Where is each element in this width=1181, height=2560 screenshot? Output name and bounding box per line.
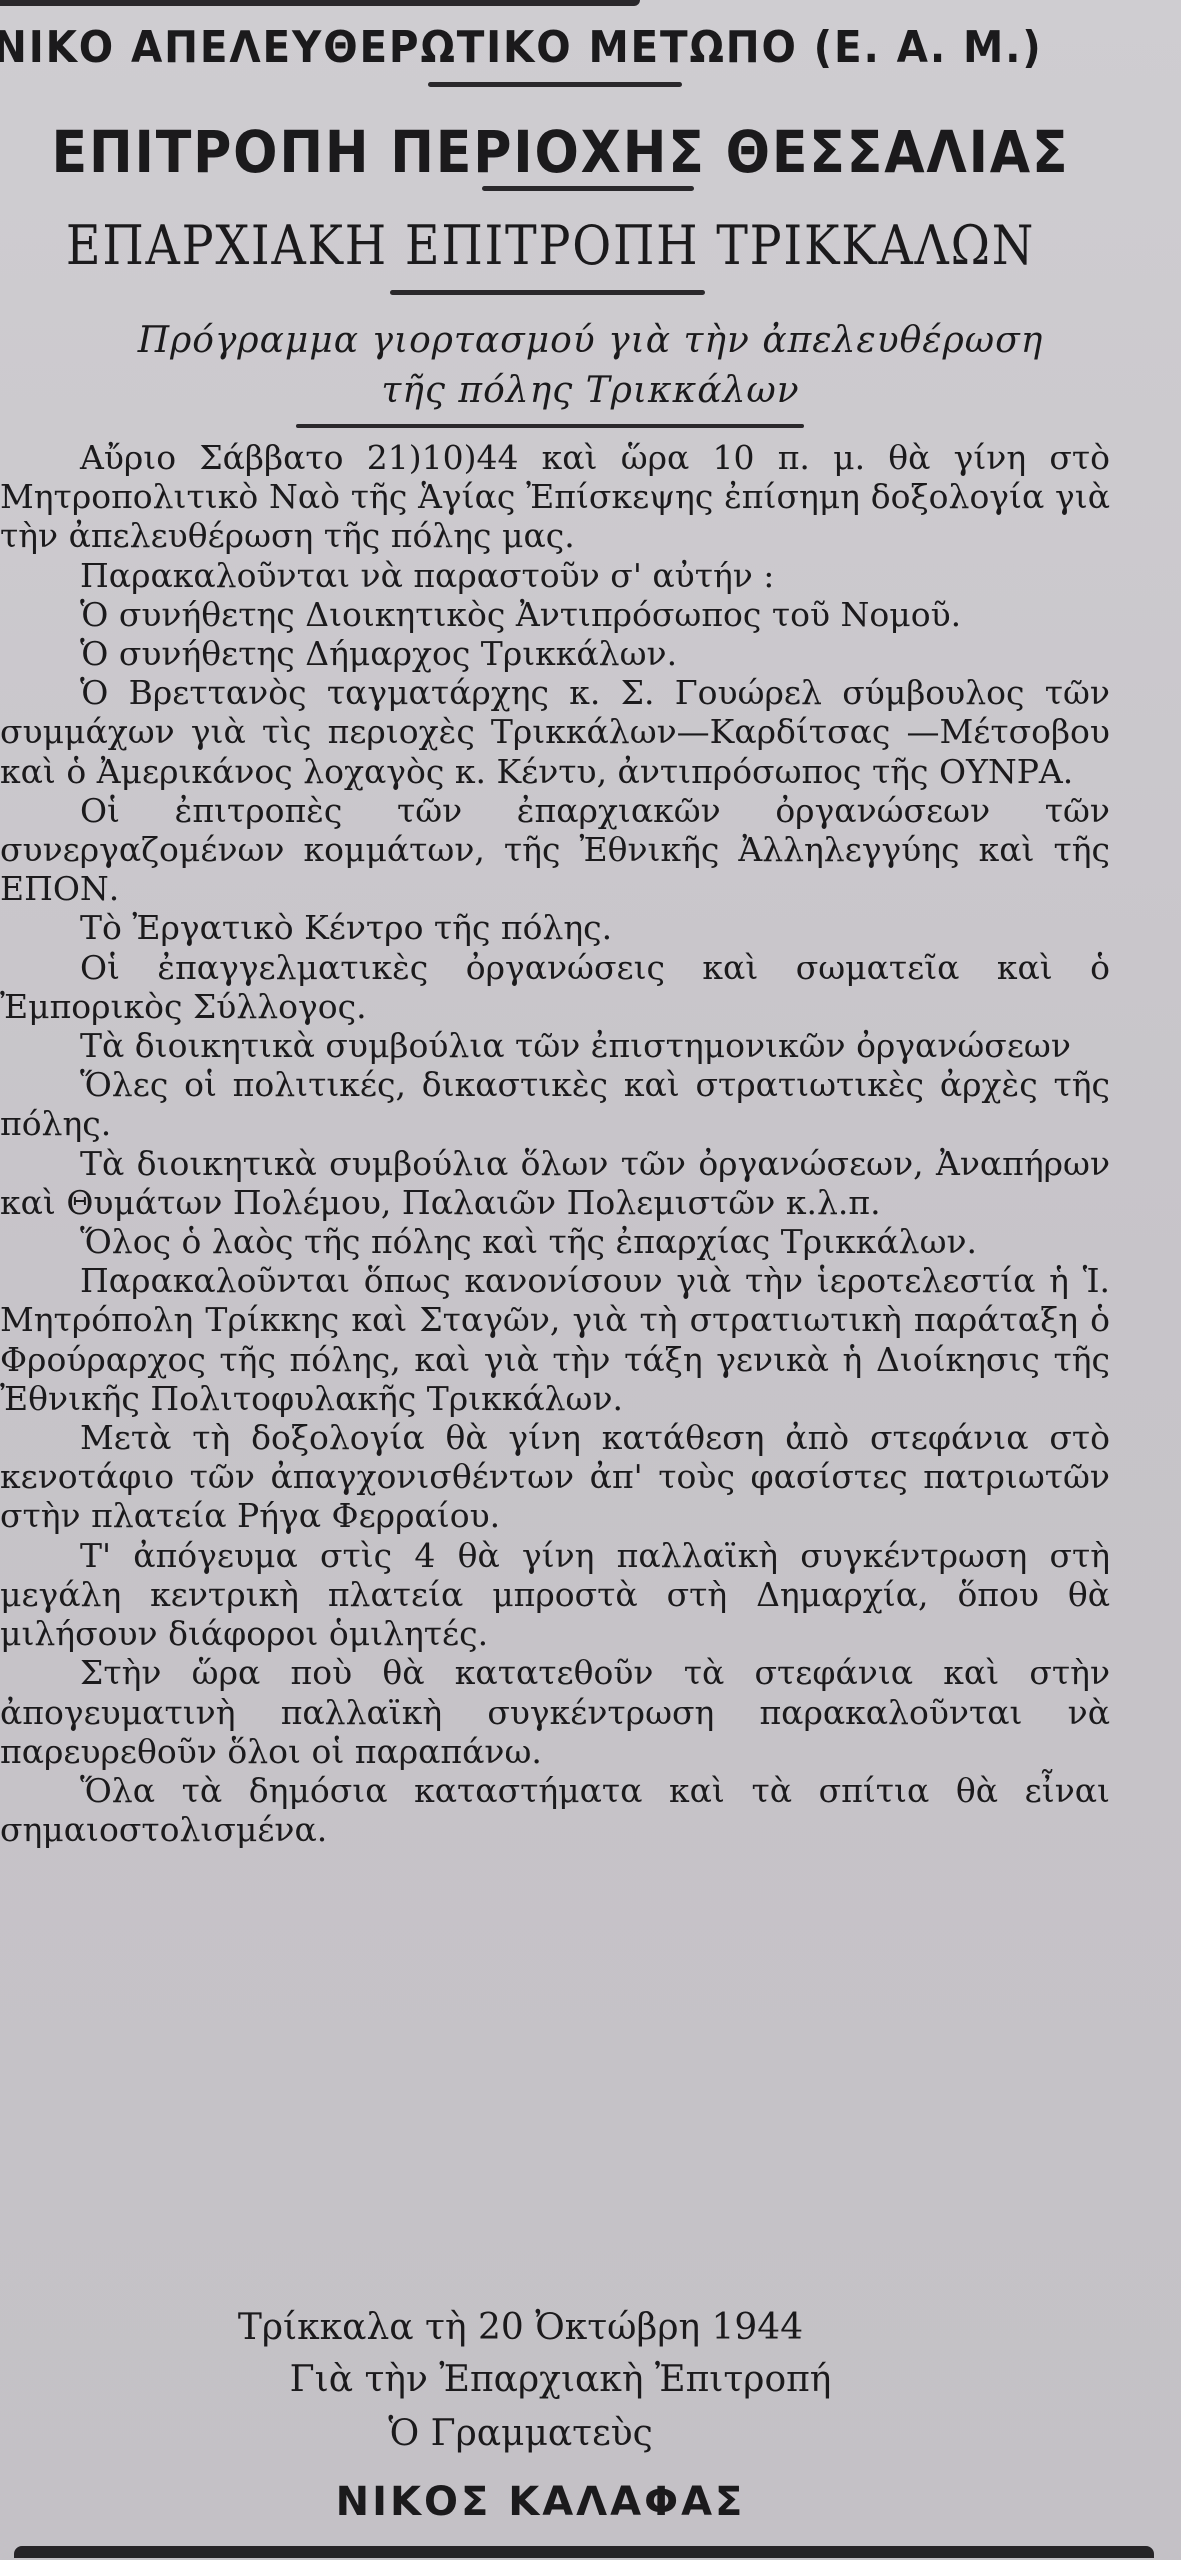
paragraph: Οἱ ἐπιτροπὲς τῶν ἐπαρχιακῶν ὀργανώσεων τ…	[0, 791, 1110, 909]
divider-rule	[482, 186, 694, 191]
paragraph: Ὅλος ὁ λαὸς τῆς πόλης καὶ τῆς ἐπαρχίας Τ…	[0, 1222, 1110, 1261]
paragraph: Ὁ Βρεττανὸς ταγματάρχης κ. Σ. Γουώρελ σύ…	[0, 673, 1110, 791]
signature-name: ΝΙΚΟΣ ΚΑΛΑΦΑΣ	[0, 2474, 1131, 2530]
paragraph: Ὅλα τὰ δημόσια καταστήματα καὶ τὰ σπίτια…	[0, 1771, 1110, 1849]
paragraph: Τὰ διοικητικὰ συμβούλια ὅλων τῶν ὀργανώσ…	[0, 1144, 1110, 1222]
organization-heading: ΕΘΝΙΚΟ ΑΠΕΛΕΥΘΕΡΩΤΙΚΟ ΜΕΤΩΠΟ (Ε. Α. Μ.)	[0, 22, 1014, 73]
paragraph: Τ' ἀπόγευμα στὶς 4 θὰ γίνη παλλαϊκὴ συγκ…	[0, 1536, 1110, 1654]
paragraph: Στὴν ὥρα ποὺ θὰ κατατεθοῦν τὰ στεφάνια κ…	[0, 1653, 1110, 1771]
paragraph: Οἱ ἐπαγγελματικὲς ὀργανώσεις καὶ σωματεῖ…	[0, 948, 1110, 1026]
paragraph: Αὔριο Σάββατο 21)10)44 καὶ ὥρα 10 π. μ. …	[0, 438, 1110, 556]
bottom-border-rule	[14, 2546, 1154, 2558]
signature-place-date: Τρίκκαλα τὴ 20 Ὀκτώβρη 1944	[0, 2300, 1111, 2356]
divider-rule	[296, 424, 804, 428]
paragraph: Ὅλες οἱ πολιτικές, δικαστικὲς καὶ στρατι…	[0, 1065, 1110, 1143]
paragraph: Ὁ συνήθετης Δήμαρχος Τρικκάλων.	[0, 634, 1110, 673]
subtitle-line: Πρόγραμμα γιορτασμού γιὰ τὴν ἀπελευθέρωσ…	[0, 316, 1181, 366]
paragraph: Τὸ Ἐργατικὸ Κέντρο τῆς πόλης.	[0, 908, 1110, 947]
signature-on-behalf: Γιὰ τὴν Ἐπαρχιακὴ Ἐπιτροπή	[0, 2352, 1151, 2408]
program-body: Αὔριο Σάββατο 21)10)44 καὶ ὥρα 10 π. μ. …	[0, 438, 1110, 1849]
paragraph: Παρακαλοῦνται νὰ παραστοῦν σ' αὐτήν :	[0, 556, 1110, 595]
program-subtitle: Πρόγραμμα γιορτασμού γιὰ τὴν ἀπελευθέρωσ…	[0, 316, 1181, 416]
divider-rule	[428, 82, 682, 87]
regional-committee-heading: ΕΠΙΤΡΟΠΗ ΠΕΡΙΟΧΗΣ ΘΕΣΣΑΛΙΑΣ	[29, 118, 1092, 186]
paragraph: Τὰ διοικητικὰ συμβούλια τῶν ἐπιστημονικῶ…	[0, 1026, 1110, 1065]
divider-rule	[390, 290, 705, 295]
top-border-rule	[0, 0, 640, 6]
paragraph: Μετὰ τὴ δοξολογία θὰ γίνη κατάθεση ἀπὸ σ…	[0, 1418, 1110, 1536]
paragraph: Ὁ συνήθετης Διοικητικὸς Ἀντιπρόσωπος τοῦ…	[0, 595, 1110, 634]
subtitle-line: τῆς πόλης Τρικκάλων	[0, 366, 1181, 416]
provincial-committee-heading: ΕΠΑΡΧΙΑΚΗ ΕΠΙΤΡΟΠΗ ΤΡΙΚΚΑΛΩΝ	[31, 214, 1070, 277]
signature-role: Ὁ Γραμματεὺς	[0, 2406, 1111, 2462]
paragraph: Παρακαλοῦνται ὅπως κανονίσουν γιὰ τὴν ἱε…	[0, 1261, 1110, 1418]
